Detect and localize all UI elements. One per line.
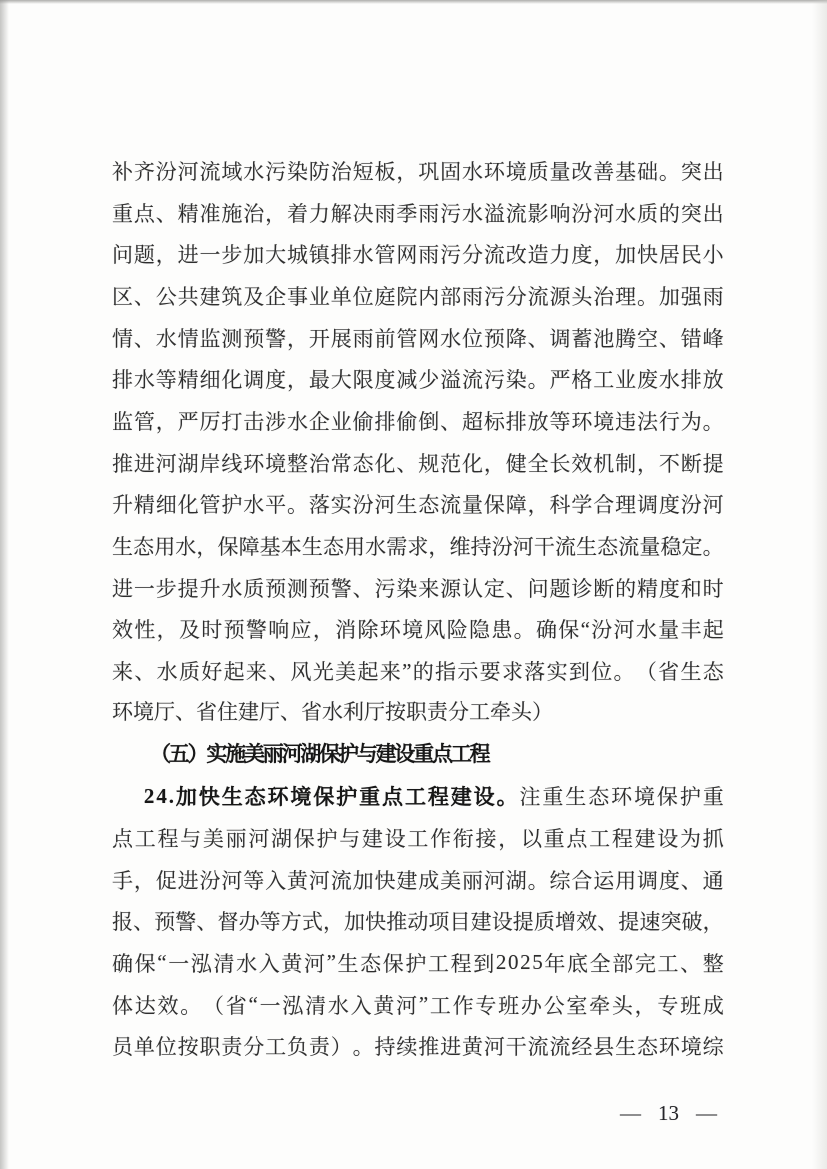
character: 流 [528,1031,549,1061]
text-line: 监管，严厉打击涉水企业偷排偷倒、超标排放等环境违法行为。 [112,400,724,442]
text-line: 确保“一泓清水入黄河”生态保护工程到2025年底全部完工、整 [112,942,724,984]
text-line: 推进河湖岸线环境整治常态化、规范化，健全长效机制，不断提 [112,442,724,484]
character: 达 [135,990,156,1020]
scan-edge-top [0,0,827,4]
character: 水 [243,489,264,519]
character: 、 [597,906,618,936]
character: 来 [112,656,133,686]
character: 报 [112,906,133,936]
character: 增 [555,906,576,936]
character: ， [323,906,344,936]
character: 提 [618,906,639,936]
character: 常 [331,448,352,478]
character: 解 [331,198,352,228]
character: 警 [246,614,267,644]
character: 环 [571,406,592,436]
character: 污 [440,239,461,269]
character: 调 [243,364,264,394]
character: 工 [430,990,451,1020]
character: 水 [236,948,257,978]
text-line: 点工程与美丽河湖保护与建设工作衔接，以重点工程建设为抓 [112,817,724,859]
character: 汾 [353,489,374,519]
bold-character: . [169,784,174,809]
character: 工 [593,364,614,394]
character: ， [428,531,449,561]
character: 事 [287,281,308,311]
character: 性 [134,614,155,644]
character: 动 [407,906,428,936]
character: 情 [112,323,133,353]
character: （ [636,656,657,686]
character: 的 [413,656,434,686]
character: 、 [133,906,154,936]
character: 工 [135,823,156,853]
character: 放 [703,364,724,394]
character: 头 [612,990,633,1020]
character: 大 [331,364,352,394]
character: 城 [287,239,308,269]
character: 规 [418,448,439,478]
character: 大 [265,239,286,269]
character: 班 [680,990,701,1020]
character: 突 [681,198,702,228]
character: 水 [243,156,264,186]
character: 要 [480,656,501,686]
character: 排 [506,406,527,436]
character: 流 [506,198,527,228]
character: 护 [316,823,337,853]
character: 态 [323,531,344,561]
character: “ [157,950,166,975]
character: 范 [440,448,461,478]
character: ， [593,239,614,269]
character: 体 [112,990,133,1020]
character: 等 [156,364,177,394]
character: 度 [571,239,592,269]
character: ” [402,659,411,684]
character: 黄 [287,865,308,895]
bold-character: 重 [359,781,380,811]
character: 质 [534,906,555,936]
character: 持 [471,531,492,561]
character: 省 [658,656,679,686]
character: 速 [639,906,660,936]
character: 态 [418,489,439,519]
character: 源 [550,281,571,311]
text-segment: 环境厅、省住建厅、省水利厅按职责分工牵头） [112,700,553,724]
bold-character: 设 [474,781,495,811]
character: 班 [498,990,519,1020]
character: 腾 [615,323,636,353]
character: 污 [484,281,505,311]
bold-text-segment: （五）实施美丽河湖保护与建设重点工程 [150,742,488,766]
character: 成 [703,990,724,1020]
character: 推 [112,448,133,478]
character: 。 [703,531,724,561]
character: 降 [506,323,527,353]
character: 河 [178,156,199,186]
character: 建 [362,823,383,853]
character: 注 [519,781,540,811]
character: 入 [351,990,372,1020]
character: 境 [681,1031,702,1061]
character: 落 [309,489,330,519]
character: 效 [158,990,179,1020]
text-line: 报、预警、督办等方式，加快推动项目建设提质增效、提速突破， [112,900,724,942]
character: 步 [221,239,242,269]
character: 的 [615,573,636,603]
character: 错 [681,323,702,353]
character: 建 [396,865,417,895]
character: 职 [200,1031,221,1061]
bold-character: 态 [245,781,266,811]
character: 态 [133,531,154,561]
character: 障 [239,531,260,561]
character: 用 [615,865,636,895]
character: 办 [521,990,542,1020]
character: 点 [134,198,155,228]
character: 等 [260,906,281,936]
character: 湖 [506,865,527,895]
character: 量 [462,489,483,519]
character: 造 [528,239,549,269]
character: （ [203,990,224,1020]
bold-character: 加 [176,781,197,811]
character: 快 [637,239,658,269]
character: 的 [659,198,680,228]
character: 确 [536,614,557,644]
character: 减 [396,364,417,394]
character: 底 [567,948,588,978]
character: 。 [528,865,549,895]
character: 指 [435,656,456,686]
character: 水 [156,323,177,353]
character: 与 [180,823,201,853]
character: 工 [407,823,428,853]
character: 美 [440,865,461,895]
character: 保 [484,489,505,519]
character: 头 [571,281,592,311]
character: 保 [383,948,404,978]
character: 质 [637,198,658,228]
character: 员 [112,1031,133,1061]
character: 强 [681,281,702,311]
character: 建 [200,281,221,311]
character: 项 [428,906,449,936]
character: 健 [506,448,527,478]
character: 流 [618,531,639,561]
character: 水 [365,531,386,561]
character: 河 [221,865,242,895]
character: 水 [221,573,242,603]
text-line: 生态用水，保障基本生态用水需求，维持汾河干流生态流量稳定。 [112,525,724,567]
character: 单 [134,1031,155,1061]
character: 确 [112,948,133,978]
character: 位 [462,323,483,353]
character: 分 [506,281,527,311]
character: ， [196,531,217,561]
character: 严 [178,406,199,436]
character: 来 [418,573,439,603]
character: 程 [451,948,472,978]
character: 、 [268,656,289,686]
character: ， [265,198,286,228]
character: 放 [528,406,549,436]
character: 光 [313,656,334,686]
character: 步 [156,573,177,603]
bold-character: 境 [290,781,311,811]
character: 业 [309,281,330,311]
character: 美 [203,823,224,853]
character: 水 [636,614,657,644]
character: 等 [243,865,264,895]
character: 施 [221,198,242,228]
character: 倒 [418,406,439,436]
character: 排 [331,239,352,269]
character: 测 [221,323,242,353]
character: 设 [492,906,513,936]
document-page: 补齐汾河流域水污染防治短板，巩固水环境质量改善基础。突出重点、精准施治，着力解决… [0,0,827,1169]
character: 快 [365,906,386,936]
character: 河 [309,865,330,895]
character: 设 [385,823,406,853]
character: 流 [555,531,576,561]
character: 流 [331,865,352,895]
character: 成 [418,865,439,895]
character: 丽 [462,865,483,895]
character: ， [287,323,308,353]
character: ， [498,823,519,853]
scan-edge-left [0,0,9,1169]
text-line: 补齐汾河流域水污染防治短板，巩固水环境质量改善基础。突出 [112,150,724,192]
character: 池 [593,323,614,353]
character: 污 [440,198,461,228]
character: 来 [246,656,267,686]
character: 湖 [271,823,292,853]
character: 预 [484,323,505,353]
character: 警 [265,323,286,353]
character: 作 [430,823,451,853]
character: 整 [703,948,724,978]
character: 水 [328,990,349,1020]
character: 。 [703,406,724,436]
character: 污 [265,156,286,186]
character: 持 [375,1031,396,1061]
character: 管 [200,489,221,519]
character: 季 [396,198,417,228]
character: 质 [243,573,264,603]
character: 和 [681,573,702,603]
character: 流 [484,239,505,269]
character: 。 [287,489,308,519]
character: 础 [637,156,658,186]
character: 排 [112,364,133,394]
character: 板 [375,156,396,186]
character: 水 [615,198,636,228]
character: 境 [634,781,655,811]
character: 整 [287,448,308,478]
character: 警 [175,906,196,936]
character: 改 [506,239,527,269]
character: 抓 [703,823,724,853]
character: ， [703,906,724,936]
character: 线 [221,448,242,478]
character: 预 [224,614,245,644]
character: 负 [287,1031,308,1061]
character: 警 [331,573,352,603]
character: 护 [405,948,426,978]
character: 流 [462,364,483,394]
character: 一 [200,239,221,269]
character: 县 [593,1031,614,1061]
bold-character: 环 [268,781,289,811]
character: 患 [491,614,512,644]
footer-dash-right: — [696,1101,717,1126]
character: 一 [168,948,189,978]
character: 牵 [589,990,610,1020]
text-line: 情、水情监测预警，开展雨前管网水位预降、调蓄池腾空、错峰 [112,317,724,359]
character: 排 [681,364,702,394]
character: 违 [615,406,636,436]
character: 求 [407,531,428,561]
character: 用 [154,531,175,561]
character: 程 [157,823,178,853]
character: 治 [243,198,264,228]
character: 汾 [200,865,221,895]
character: 干 [506,1031,527,1061]
character: 河 [614,614,635,644]
character: 0 [508,950,519,975]
character: 理 [615,489,636,519]
character: 丽 [226,823,247,853]
character: 泓 [191,948,212,978]
character: 突 [681,156,702,186]
character: 河 [593,198,614,228]
text-line: 员单位按职责分工负责）。持续推进黄河干流流经县生态环境综 [112,1025,724,1067]
character: 位 [156,1031,177,1061]
character: 黄 [281,948,302,978]
character: 筑 [221,281,242,311]
character: 境 [265,448,286,478]
character: ， [313,614,334,644]
character: 升 [200,573,221,603]
character: 丰 [680,614,701,644]
character: 生 [680,656,701,686]
character: 溢 [484,198,505,228]
character: 限 [353,364,374,394]
character: 齐 [134,156,155,186]
character: 防 [309,156,330,186]
character: 预 [243,323,264,353]
character: 态 [703,656,724,686]
character: 制 [615,448,636,478]
character: 室 [566,990,587,1020]
character: 环 [484,156,505,186]
character: 厉 [200,406,221,436]
character: 公 [544,990,565,1020]
character: 重 [112,198,133,228]
character: 生 [396,489,417,519]
character: 情 [178,323,199,353]
character: 升 [112,489,133,519]
character: 落 [524,656,545,686]
character: 内 [418,281,439,311]
character: 求 [502,656,523,686]
character: 化 [375,448,396,478]
character: 提 [178,573,199,603]
character: 重 [544,823,565,853]
character: 重 [703,781,724,811]
character: 、 [680,948,701,978]
character: 水 [440,323,461,353]
character: 决 [353,198,374,228]
character: 加 [659,281,680,311]
character: 响 [550,198,571,228]
character: 调 [637,489,658,519]
character: 来 [380,656,401,686]
character: 目 [450,906,471,936]
character: 度 [659,489,680,519]
character: 、 [440,406,461,436]
character: 起 [357,656,378,686]
character: 全 [528,448,549,478]
character: 保 [294,823,315,853]
character: 设 [657,823,678,853]
character: 合 [593,489,614,519]
bold-character: 。 [497,781,518,811]
character: 省 [226,990,247,1020]
character: 度 [265,364,286,394]
character: 建 [635,823,656,853]
character: 长 [550,448,571,478]
character: 化 [221,364,242,394]
character: 超 [462,406,483,436]
character: 手 [112,865,133,895]
character: 水 [462,156,483,186]
character: 河 [703,489,724,519]
character: 湖 [178,448,199,478]
character: 加 [243,239,264,269]
character: 建 [471,906,492,936]
page-footer: — 13 — [620,1101,717,1126]
character: 通 [703,865,724,895]
bold-character: 护 [336,781,357,811]
character: 等 [550,406,571,436]
character: 进 [134,448,155,478]
character: 保 [217,531,238,561]
character: 居 [659,239,680,269]
character: 雨 [418,198,439,228]
character: 河 [304,948,325,978]
character: 生 [112,531,133,561]
character: 位 [591,656,612,686]
character: 水 [659,364,680,394]
character: 工 [589,823,610,853]
character: 精 [637,573,658,603]
character: 业 [615,364,636,394]
character: 全 [590,948,611,978]
page-number: 13 [658,1101,679,1126]
character: 需 [386,531,407,561]
character: 雨 [353,323,374,353]
character: 监 [112,406,133,436]
character: 染 [287,156,308,186]
character: 化 [462,448,483,478]
character: 加 [353,865,374,895]
character: ， [287,364,308,394]
character: 认 [462,573,483,603]
character: 巩 [418,156,439,186]
